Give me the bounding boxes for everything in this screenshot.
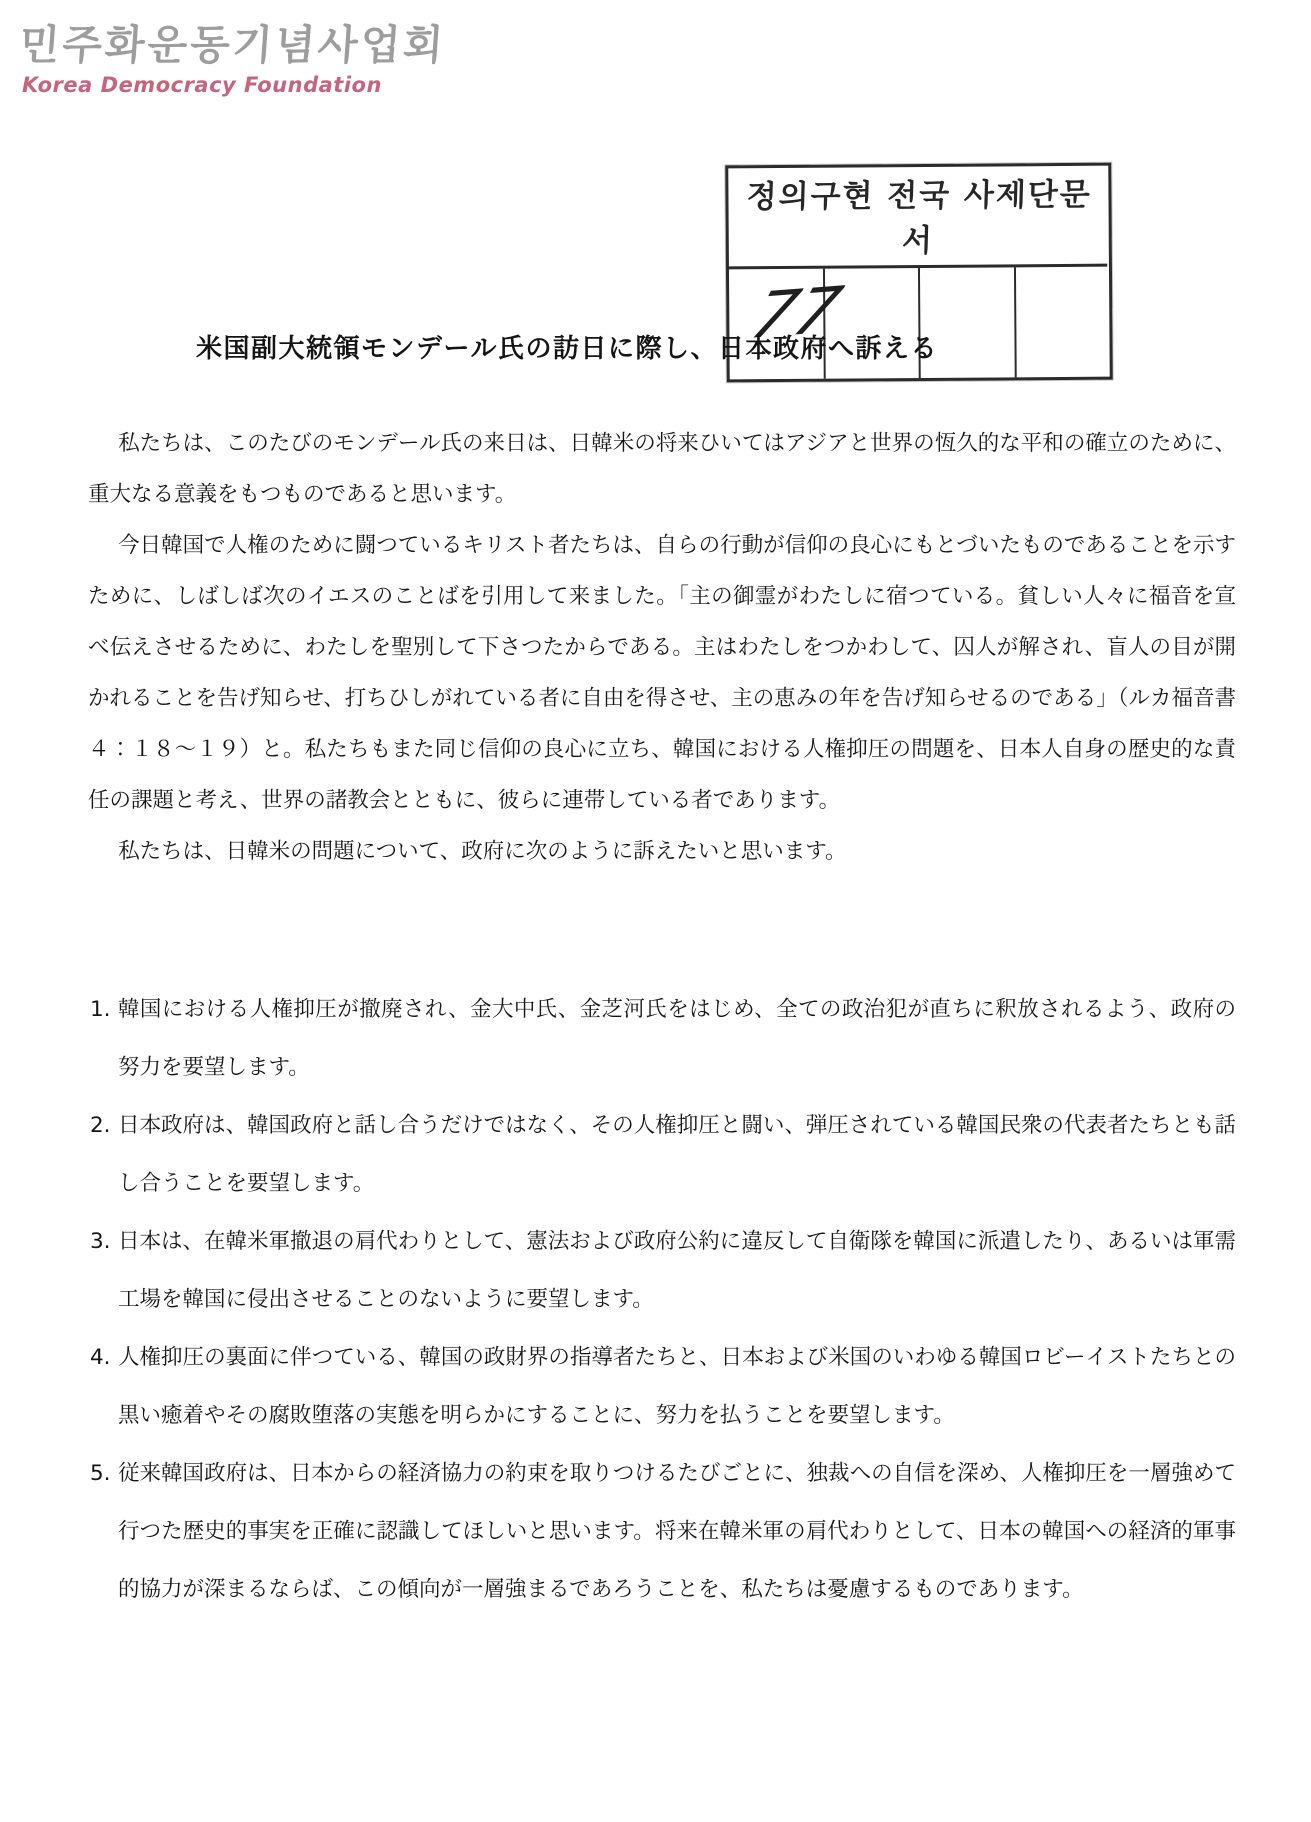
demand-item-2-number: 2.: [90, 1097, 111, 1155]
demand-item-1-number: 1.: [90, 981, 111, 1039]
demand-item-5: 5. 従来韓国政府は、日本からの経済協力の約束を取りつけるたびごとに、独裁への自…: [88, 1445, 1236, 1619]
stamp-cell-4: [1015, 267, 1109, 378]
demand-item-5-number: 5.: [90, 1445, 111, 1503]
demand-item-2: 2. 日本政府は、韓国政府と話し合うだけではなく、その人権抑圧と闘い、弾圧されて…: [88, 1097, 1236, 1213]
foundation-logo: 민주화운동기념사업회 Korea Democracy Foundation: [20, 12, 446, 97]
demand-item-3-number: 3.: [90, 1213, 111, 1271]
demand-item-3: 3. 日本は、在韓米軍撤退の肩代わりとして、憲法および政府公約に違反して自衛隊を…: [88, 1213, 1236, 1329]
paragraph-intro-2: 今日韓国で人権のために闘つているキリスト者たちは、自らの行動が信仰の良心にもとづ…: [88, 520, 1236, 826]
document-body: 私たちは、このたびのモンデール氏の来日は、日韓米の将来ひいてはアジアと世界の恆久…: [88, 418, 1236, 1619]
demand-item-3-text: 日本は、在韓米軍撤退の肩代わりとして、憲法および政府公約に違反して自衛隊を韓国に…: [118, 1229, 1236, 1312]
stamp-header-label: 정의구현 전국 사제단문서: [727, 166, 1110, 270]
scanned-document-page: 민주화운동기념사업회 Korea Democracy Foundation 정의…: [0, 0, 1311, 1822]
demand-item-5-text: 従来韓国政府は、日本からの経済協力の約束を取りつけるたびごとに、独裁への自信を深…: [118, 1461, 1236, 1602]
demand-list: 1. 韓国における人権抑圧が撤廃され、金大中氏、金芝河氏をはじめ、全ての政治犯が…: [88, 981, 1236, 1619]
foundation-logo-english: Korea Democracy Foundation: [22, 73, 446, 97]
demand-item-2-text: 日本政府は、韓国政府と話し合うだけではなく、その人権抑圧と闘い、弾圧されている韓…: [118, 1113, 1236, 1196]
demand-item-4-number: 4.: [90, 1329, 111, 1387]
paragraph-intro-3: 私たちは、日韓米の問題について、政府に次のように訴えたいと思います。: [88, 826, 1236, 877]
document-title: 米国副大統領モンデール氏の訪日に際し、日本政府へ訴える: [196, 328, 938, 365]
demand-item-4-text: 人権抑圧の裏面に伴つている、韓国の政財界の指導者たちと、日本および米国のいわゆる…: [118, 1345, 1236, 1428]
demand-item-1: 1. 韓国における人権抑圧が撤廃され、金大中氏、金芝河氏をはじめ、全ての政治犯が…: [88, 981, 1236, 1097]
demand-item-1-text: 韓国における人権抑圧が撤廃され、金大中氏、金芝河氏をはじめ、全ての政治犯が直ちに…: [118, 997, 1236, 1080]
foundation-logo-korean: 민주화운동기념사업회: [18, 12, 448, 71]
paragraph-intro-1: 私たちは、このたびのモンデール氏の来日は、日韓米の将来ひいてはアジアと世界の恆久…: [88, 418, 1236, 520]
demand-item-4: 4. 人権抑圧の裏面に伴つている、韓国の政財界の指導者たちと、日本および米国のい…: [88, 1329, 1236, 1445]
